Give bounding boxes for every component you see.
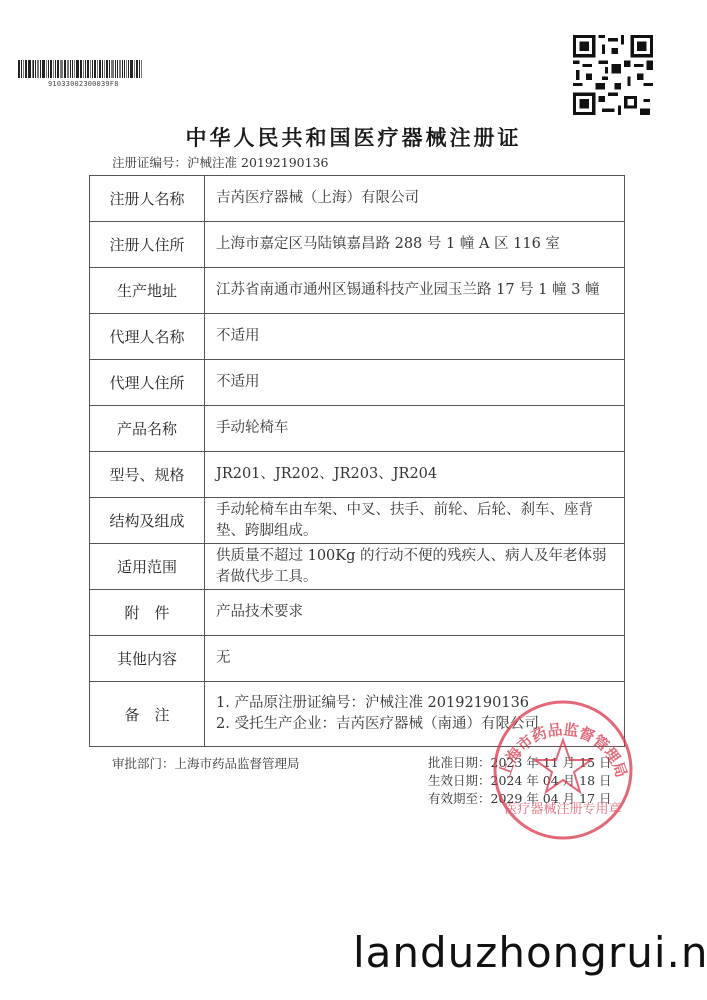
certificate-number-value: 沪械注准 20192190136 xyxy=(187,155,328,170)
registration-table: 注册人名称 吉芮医疗器械（上海）有限公司 注册人住所 上海市嘉定区马陆镇嘉昌路 … xyxy=(89,175,625,747)
row-label: 其他内容 xyxy=(90,636,205,682)
row-value: 产品技术要求 xyxy=(205,590,625,636)
certificate-number: 注册证编号：沪械注准 20192190136 xyxy=(112,153,328,171)
table-row-registrant-address: 注册人住所 上海市嘉定区马陆镇嘉昌路 288 号 1 幢 A 区 116 室 xyxy=(90,222,625,268)
barcode-number: 91033002300039F8 xyxy=(48,80,119,88)
table-row-production-address: 生产地址 江苏省南通市通州区锡通科技产业园玉兰路 17 号 1 幢 3 幢 xyxy=(90,268,625,314)
approval-department: 审批部门：上海市药品监督管理局 xyxy=(112,754,300,772)
row-label: 结构及组成 xyxy=(90,498,205,544)
qr-code-icon xyxy=(573,35,653,115)
row-label: 适用范围 xyxy=(90,544,205,590)
table-row-agent-name: 代理人名称 不适用 xyxy=(90,314,625,360)
svg-text:上海市药品监督管理局: 上海市药品监督管理局 xyxy=(495,720,630,779)
row-label: 产品名称 xyxy=(90,406,205,452)
table-row-registrant-name: 注册人名称 吉芮医疗器械（上海）有限公司 xyxy=(90,176,625,222)
row-label: 生产地址 xyxy=(90,268,205,314)
official-seal-icon: 上海市药品监督管理局 医疗器械注册专用章 xyxy=(488,695,638,845)
table-row-other: 其他内容 无 xyxy=(90,636,625,682)
table-row-product-name: 产品名称 手动轮椅车 xyxy=(90,406,625,452)
row-value: 江苏省南通市通州区锡通科技产业园玉兰路 17 号 1 幢 3 幢 xyxy=(205,268,625,314)
row-label: 型号、规格 xyxy=(90,452,205,498)
watermark: landuzhongrui.n xyxy=(353,928,707,977)
row-value: 不适用 xyxy=(205,314,625,360)
seal-text-top: 上海市药品监督管理局 xyxy=(495,720,630,779)
table-row-attachment: 附 件 产品技术要求 xyxy=(90,590,625,636)
document-title: 中华人民共和国医疗器械注册证 xyxy=(0,122,707,152)
row-value: 手动轮椅车由车架、中叉、扶手、前轮、后轮、刹车、座背垫、跨脚组成。 xyxy=(205,498,625,544)
row-label: 附 件 xyxy=(90,590,205,636)
row-value: 无 xyxy=(205,636,625,682)
row-value: 手动轮椅车 xyxy=(205,406,625,452)
row-label: 注册人名称 xyxy=(90,176,205,222)
row-value: 不适用 xyxy=(205,360,625,406)
row-label: 代理人名称 xyxy=(90,314,205,360)
table-row-agent-address: 代理人住所 不适用 xyxy=(90,360,625,406)
barcode xyxy=(18,60,143,78)
seal-text-bottom: 医疗器械注册专用章 xyxy=(504,801,621,817)
table-row-scope: 适用范围 供质量不超过 100Kg 的行动不便的残疾人、病人及年老体弱者做代步工… xyxy=(90,544,625,590)
row-value: 供质量不超过 100Kg 的行动不便的残疾人、病人及年老体弱者做代步工具。 xyxy=(205,544,625,590)
row-label: 代理人住所 xyxy=(90,360,205,406)
row-value: JR201、JR202、JR203、JR204 xyxy=(205,452,625,498)
table-row-structure: 结构及组成 手动轮椅车由车架、中叉、扶手、前轮、后轮、刹车、座背垫、跨脚组成。 xyxy=(90,498,625,544)
row-label: 备 注 xyxy=(90,682,205,747)
row-label: 注册人住所 xyxy=(90,222,205,268)
row-value: 上海市嘉定区马陆镇嘉昌路 288 号 1 幢 A 区 116 室 xyxy=(205,222,625,268)
row-value: 吉芮医疗器械（上海）有限公司 xyxy=(205,176,625,222)
certificate-number-label: 注册证编号： xyxy=(112,155,187,170)
table-row-model-spec: 型号、规格 JR201、JR202、JR203、JR204 xyxy=(90,452,625,498)
